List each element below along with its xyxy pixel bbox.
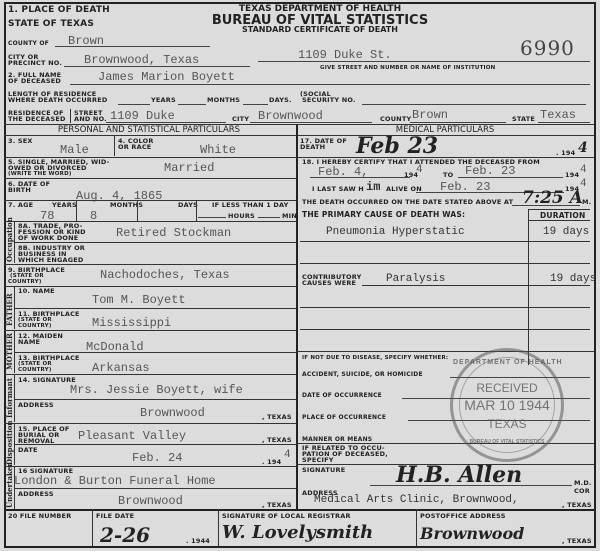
residence-street-value: 1109 Duke [110,109,175,123]
row-line [4,423,296,424]
row-line [4,374,296,375]
stamp-date: MAR 10 1944 [453,397,561,413]
death-year-suffix: 4 [578,140,588,156]
county-label: COUNTY OF [8,40,49,47]
age-divider [196,201,197,221]
father-birthplace-value: Mississippi [92,316,171,330]
occupation-related-label-3: SPECIFY [302,457,334,464]
residence-city-value: Brownwood [258,109,323,123]
informant-sig-label: 14. SIGNATURE [18,377,76,384]
age-years-label: YEARS [52,202,77,209]
hours-underline [198,217,226,218]
stamp-bottom-arc: BUREAU OF VITAL STATISTICS [453,439,561,445]
death-certificate: 1. PLACE OF DEATH STATE OF TEXAS TEXAS D… [0,0,600,551]
death-year-prefix: . 194 [556,150,575,157]
manner-label: MANNER OR MEANS [302,436,372,443]
dob-label-2: BIRTH [8,187,31,194]
disposition-side-label: Disposition [5,421,14,466]
sex-value: Male [60,143,89,157]
not-disease-label: IF NOT DUE TO DISEASE, SPECIFY WHETHER: [302,355,448,362]
mother-birthplace-label-3: COUNTRY) [18,367,52,374]
days-label: DAYS. [269,97,292,104]
cause-line [300,329,590,330]
state-label: STATE OF TEXAS [8,19,94,29]
primary-cause-label: THE PRIMARY CAUSE OF DEATH WAS: [302,211,465,218]
ssn-label-2: SECURITY NO. [302,97,356,104]
months-label: MONTHS [207,97,240,104]
cause-line [300,307,590,308]
md-label: M.D. [574,480,592,487]
burial-date-value: Feb. 24 [132,451,182,465]
undertaker-side-label: Undertaker [5,463,14,508]
cause-line [300,263,590,264]
years-underline [118,104,150,105]
registrar-label: SIGNATURE OF LOCAL REGISTRAR [222,513,351,520]
attended-to-year: 4 [580,164,587,176]
residence-city-label: CITY [232,116,249,123]
form-title: STANDARD CERTIFICATE OF DEATH [180,25,460,34]
contributory-duration-value: 19 days [550,273,596,285]
mother-birthplace-value: Arkansas [92,361,150,375]
father-birthplace-label-3: COUNTRY) [18,323,52,330]
trade-value: Retired Stockman [116,226,231,240]
marital-label-3: (WRITE THE WORD) [8,171,72,178]
informant-side-label: Informant [5,378,14,418]
file-date-label: FILE DATE [96,513,134,520]
min-underline [258,217,280,218]
burial-year-suffix: 4 [284,449,291,461]
side-divider [14,374,15,422]
postoffice-texas-label: , TEXAS [562,538,592,545]
duration-box-bottom [528,220,590,221]
trade-label-3: OF WORK DONE [18,235,78,242]
mother-side-label: MOTHER [5,333,14,370]
informant-texas-label: , TEXAS [262,414,292,421]
age-label: 7. AGE [8,202,33,209]
row-line [14,308,296,309]
death-time-value: 7:25 A [522,188,583,208]
footer-divider [218,509,219,547]
physician-address-value: Medical Arts Clinic, Brownwood, [314,494,519,506]
sex-label: 3. SEX [8,138,33,145]
burial-date-label: DATE [18,447,38,454]
informant-address-label: ADDRESS [18,402,54,409]
undertaker-texas-label: , TEXAS [262,502,292,509]
county-value: Brown [68,34,104,48]
signature-label: SIGNATURE [302,467,345,474]
name-underline [70,84,590,85]
death-time-m: M. [582,199,591,206]
cause-line [362,285,590,286]
undertaker-address-value: Brownwood [118,494,183,508]
row-line [14,444,296,445]
row-line [296,351,594,352]
attended-to-year-prefix: 194 [565,172,579,179]
residence-county-underline [410,122,506,123]
death-date-value: Feb 23 [356,133,438,159]
undertaker-signature-value: London & Burton Funeral Home [14,474,216,488]
stamp-top-arc: DEPARTMENT OF HEALTH [453,359,561,366]
deceased-name-value: James Marion Boyett [98,70,235,84]
residence-state-value: Texas [540,108,576,122]
section-bottom-line [4,135,594,136]
stamp-state: TEXAS [453,417,561,431]
received-stamp: DEPARTMENT OF HEALTH RECEIVED MAR 10 194… [450,348,564,462]
center-divider [296,124,298,509]
footer-divider [92,509,93,547]
row-line [14,242,296,243]
physician-texas-label: , TEXAS [562,502,592,509]
to-label: TO [443,172,453,179]
cause-line [300,241,590,242]
residence-county-label: COUNTY [380,116,411,123]
industry-label-3: WHICH ENGAGED [18,257,84,264]
stamp-received: RECEIVED [453,381,561,395]
medical-section-title: MEDICAL PARTICULARS [300,125,590,135]
postoffice-value: Brownwood [420,524,524,543]
occupation-side-label: Occupation [5,217,14,262]
attended-from-value: Feb. 4, [318,165,368,179]
last-saw-date-value: Feb. 23 [440,180,490,194]
postoffice-label: POSTOFFICE ADDRESS [420,513,506,520]
years-label: YEARS [151,97,176,104]
primary-cause-value: Pneumonia Hyperstatic [326,226,465,238]
residence-county-value: Brown [412,108,448,122]
father-name-value: Tom M. Boyett [92,293,186,307]
age-months-label: MONTHS [110,202,143,209]
occurrence-date-label: DATE OF OCCURRENCE [302,392,382,399]
contributory-cause-value: Paralysis [386,273,445,285]
row-line [14,399,296,400]
burial-year-prefix: . 194 [262,459,281,466]
months-underline [178,104,206,105]
age-divider [76,201,77,221]
registrar-signature: W. Lovelysmith [222,522,373,543]
residence-divider [70,109,71,123]
hours-label: HOURS [228,213,255,220]
marital-value: Married [164,161,214,175]
name-label-2: OF DECEASED [8,78,61,85]
age-days-label: DAYS [178,202,198,209]
age-divider [137,201,138,221]
row-line [4,264,296,265]
days-underline [243,104,268,105]
father-side-label: FATHER [5,293,14,326]
duration-divider [528,209,529,365]
residence-length-label-2: WHERE DEATH OCCURRED [8,97,107,104]
cor-label: COR [574,488,590,495]
race-value: White [200,143,236,157]
informant-address-value: Brownwood [140,406,205,420]
city-value: Brownwood, Texas [84,53,199,67]
father-name-label: 10. NAME [18,288,55,295]
file-number-label: 20 FILE NUMBER [8,513,71,520]
row-line [14,352,296,353]
row-line [4,330,296,331]
primary-duration-value: 19 days [543,226,589,238]
city-label-2: PRECINCT NO. [8,60,62,67]
death-time-label: THE DEATH OCCURRED ON THE DATE STATED AB… [302,199,513,206]
last-saw-him-value: im [366,180,380,194]
signature-underline [370,485,572,486]
min-label: MIN [282,213,297,220]
last-saw-label-1: I LAST SAW H [312,186,364,193]
footer-divider [416,509,417,547]
contributory-label-2: CAUSES WERE [302,280,356,287]
place-of-death-label: 1. PLACE OF DEATH [8,5,110,15]
mother-maiden-label-2: NAME [18,339,40,346]
attended-to-value: Feb. 23 [465,164,515,178]
occurrence-place-label: PLACE OF OCCURRENCE [302,414,386,421]
personal-section-title: PERSONAL AND STATISTICAL PARTICULARS [4,125,294,135]
file-year: . 1944 [186,538,210,545]
residence-state-label: STATE [512,116,535,123]
less-than-day-label: IF LESS THAN 1 DAY [212,202,289,209]
birthplace-value: Nachodoches, Texas [100,268,230,282]
informant-signature-value: Mrs. Jessie Boyett, wife [70,383,243,397]
duration-label: DURATION [540,212,585,219]
certificate-file-number: 6990 [520,36,575,60]
row-line [14,488,296,489]
burial-texas-label: , TEXAS [262,437,292,444]
burial-place-value: Pleasant Valley [78,429,186,443]
race-label-2: OR RACE [118,144,151,151]
birthplace-label-3: COUNTRY) [8,279,42,286]
ssn-underline [362,104,586,105]
attended-from-year: 4 [416,164,423,176]
file-date-value: 2-26 [100,523,150,547]
street-hint: GIVE STREET AND NUMBER OR NAME OF INSTIT… [320,65,495,72]
accident-label: ACCIDENT, SUICIDE, OR HOMICIDE [302,371,423,378]
sex-race-divider [114,136,115,156]
undertaker-address-label: ADDRESS [18,491,54,498]
place-street-value: 1109 Duke St. [298,48,392,62]
street-label-2: AND NO. [74,116,107,123]
residence-state-underline [538,122,590,123]
residence-label-2: THE DECEASED [8,116,66,123]
death-date-label-2: DEATH [300,144,325,151]
row-line [4,178,296,179]
duration-box-top [528,209,590,210]
